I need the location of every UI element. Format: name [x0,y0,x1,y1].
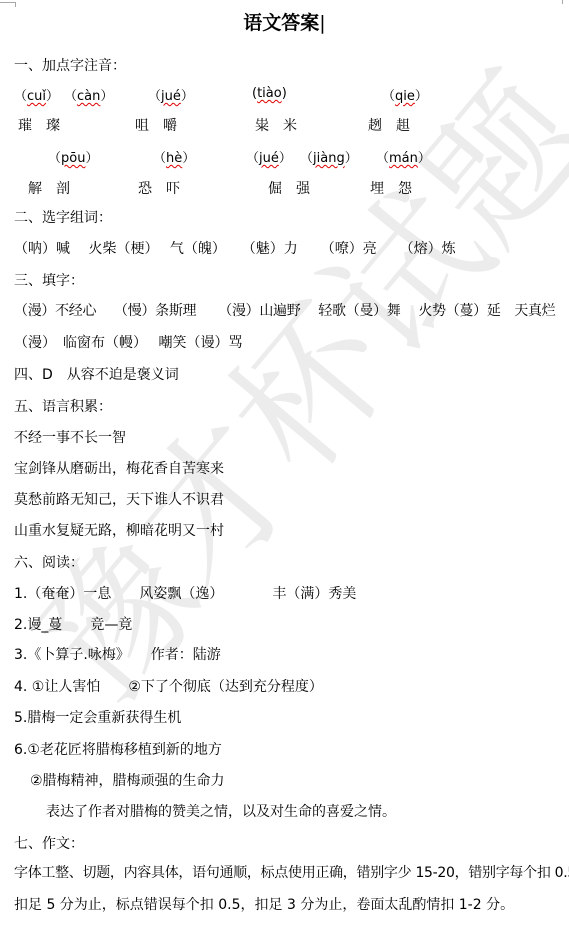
pinyin-group: （cuǐ） [14,85,59,104]
paren: ） [415,89,428,104]
pinyin-text: mán [389,151,418,166]
section7-line[interactable]: 扣足 5 分为止，标点错误每个扣 0.5，扣足 3 分为止，卷面太乱酌情扣 1-… [14,895,514,915]
paren: ) [282,86,287,101]
word-pair: 恐 吓 [138,178,180,198]
pinyin-group: （càn） [64,85,113,104]
section3-answers-line2[interactable]: （漫） 临窗布（幔） 嘲笑（谩）骂 [14,333,242,353]
section6-item[interactable]: 2.谩_蔓 竞—竟 [14,615,132,635]
word-pair: 粜 米 [255,115,297,135]
paren: ） [279,151,292,166]
paren: （ [153,151,166,166]
pinyin-row-1[interactable]: （cuǐ） （càn） （jué） (tiào) （qie） [0,85,569,107]
section1-heading[interactable]: 一、加点字注音： [14,56,126,76]
section7-line[interactable]: 字体工整、切题，内容具体，语句通顺，标点使用正确，错别字少 15-20，错别字每… [14,863,569,883]
paren: ） [182,151,195,166]
word-pair: 倔 强 [268,178,310,198]
paren: ） [418,151,431,166]
doc-title[interactable]: 语文答案| [0,10,569,36]
pinyin-text: jué [259,151,279,166]
pinyin-group: （jiàng） [300,147,358,166]
char-row-1[interactable]: 璀 璨 咀 嚼 粜 米 趔 趄 [0,115,569,137]
section7-heading[interactable]: 七、作文： [14,834,84,854]
pinyin-group: （jué） [246,147,292,166]
document-page: 语文答案| 一、加点字注音： （cuǐ） （càn） （jué） (tiào) … [0,0,569,932]
section6-item[interactable]: 3.《卜算子.咏梅》 作者：陆游 [14,645,221,665]
paren: （ [246,151,259,166]
section4-answer[interactable]: 四、D 从容不迫是褒义词 [14,365,179,385]
section6-heading[interactable]: 六、阅读： [14,553,84,573]
section3-answers-line1[interactable]: （漫）不经心 （慢）条斯理 （漫）山遍野 轻歌（曼）舞 火势（蔓）延 天真烂 [14,301,555,321]
pinyin-text: jiàng [313,151,345,166]
paren: ） [85,151,98,166]
paren: ） [46,89,59,104]
pinyin-group: （hè） [153,147,195,166]
word-pair: 璀 璨 [18,115,60,135]
pinyin-text: pōu [61,151,85,166]
page-margin-mark-top-left [0,2,16,7]
section3-heading[interactable]: 三、填字： [14,271,84,291]
section6-item[interactable]: 1.（奄奄）一息 风姿飘（逸） 丰（满）秀美 [14,584,356,604]
section2-answers[interactable]: （呐）喊 火柴（梗） 气（魄） （魅）力 （嘹）亮 （熔）炼 [14,239,456,259]
pinyin-text: jué [161,89,181,104]
section6-item[interactable]: 5.腊梅一定会重新获得生机 [14,708,181,728]
section2-heading[interactable]: 二、选字组词： [14,208,112,228]
pinyin-group: （mán） [376,147,431,166]
section6-item-sub[interactable]: ②腊梅精神，腊梅顽强的生命力 [30,771,225,791]
section6-item-sub[interactable]: 表达了作者对腊梅的赞美之情，以及对生命的喜爱之情。 [46,802,396,822]
paren: （ [300,151,313,166]
paren: （ [48,151,61,166]
paren: ） [100,89,113,104]
paren: ） [181,89,194,104]
paren: （ [64,89,77,104]
paren: （ [376,151,389,166]
pinyin-group: （pōu） [48,147,98,166]
pinyin-group: (tiào) [252,85,287,101]
pinyin-text: hè [166,151,182,166]
paren: ） [345,151,358,166]
paren: （ [14,89,27,104]
text-cursor: | [319,12,325,34]
pinyin-row-2[interactable]: （pōu） （hè） （jué） （jiàng） （mán） [0,147,569,169]
word-pair: 埋 怨 [370,178,412,198]
paren: （ [148,89,161,104]
word-pair: 咀 嚼 [135,115,177,135]
section5-line[interactable]: 山重水复疑无路，柳暗花明又一村 [14,521,224,541]
pinyin-group: （jué） [148,85,194,104]
pinyin-text: càn [77,89,100,104]
pinyin-text: qie [395,89,415,104]
section6-item[interactable]: 6.①老花匠将腊梅移植到新的地方 [14,740,222,760]
pinyin-group: （qie） [382,85,428,104]
char-row-2[interactable]: 解 剖 恐 吓 倔 强 埋 怨 [0,178,569,200]
section5-line[interactable]: 不经一事不长一智 [14,428,126,448]
paren: （ [382,89,395,104]
word-pair: 解 剖 [28,178,70,198]
section5-heading[interactable]: 五、语言积累： [14,397,112,417]
word-pair: 趔 趄 [368,115,410,135]
pinyin-text: tiào [257,86,282,101]
page-margin-mark-top-right [562,0,567,4]
section6-item[interactable]: 4. ①让人害怕 ②下了个彻底（达到充分程度） [14,677,323,697]
doc-title-text: 语文答案 [243,12,319,34]
pinyin-text: cuǐ [27,89,46,104]
section5-line[interactable]: 莫愁前路无知己，天下谁人不识君 [14,490,224,510]
section5-line[interactable]: 宝剑锋从磨砺出，梅花香自苦寒来 [14,459,224,479]
